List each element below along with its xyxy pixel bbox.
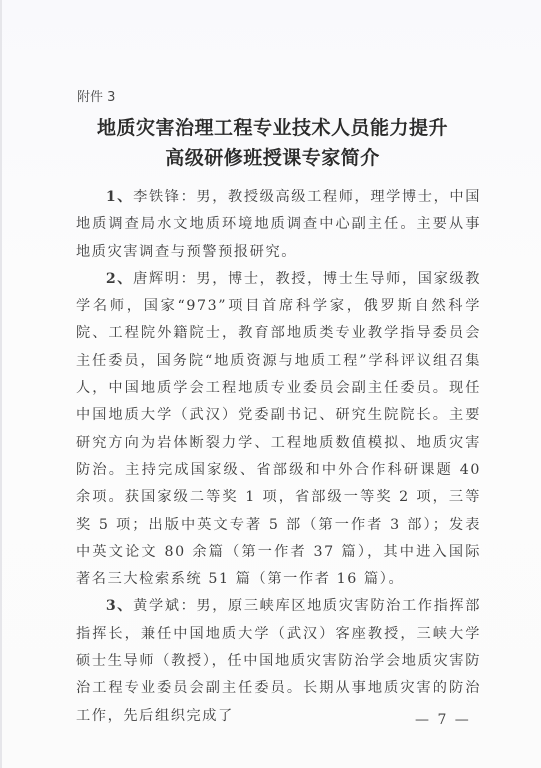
expert-name: 黄学斌 <box>133 598 180 614</box>
document-body: 1、李铁锋：男，教授级高级工程师，理学博士，中国地质调查局水文地质环境地质调查中… <box>76 184 481 730</box>
expert-number: 2、 <box>106 271 133 287</box>
expert-paragraph-3: 3、黄学斌：男，原三峡库区地质灾害防治工作指挥部指挥长，兼任中国地质大学（武汉）… <box>76 593 481 729</box>
expert-name: 李铁锋 <box>133 189 180 205</box>
document-title-line-1: 地质灾害治理工程专业技术人员能力提升 <box>2 113 541 140</box>
expert-paragraph-1: 1、李铁锋：男，教授级高级工程师，理学博士，中国地质调查局水文地质环境地质调查中… <box>76 184 481 266</box>
expert-description: ：男，原三峡库区地质灾害防治工作指挥部指挥长，兼任中国地质大学（武汉）客座教授，… <box>76 598 481 723</box>
expert-number: 1、 <box>106 189 133 205</box>
document-title-line-2: 高级研修班授课专家简介 <box>2 143 541 170</box>
expert-description: ：男，博士，教授，博士生导师，国家级教学名师，国家“973”项目首席科学家，俄罗… <box>76 271 481 587</box>
expert-number: 3、 <box>106 598 133 614</box>
page-number: — 7 — <box>415 712 471 728</box>
expert-paragraph-2: 2、唐辉明：男，博士，教授，博士生导师，国家级教学名师，国家“973”项目首席科… <box>76 266 481 594</box>
document-page: 附件 3 地质灾害治理工程专业技术人员能力提升 高级研修班授课专家简介 1、李铁… <box>0 0 541 768</box>
expert-name: 唐辉明 <box>133 271 180 287</box>
attachment-label: 附件 3 <box>77 86 115 105</box>
